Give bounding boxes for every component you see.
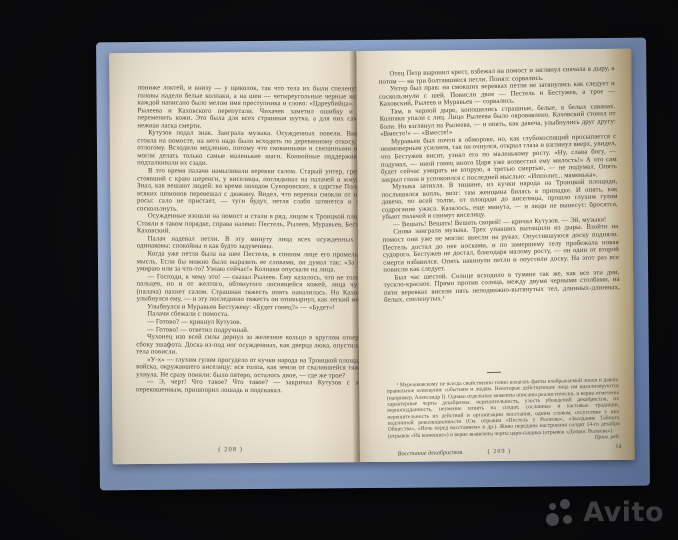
footnote-text: ¹ Мережковскому не всегда свойственно то… bbox=[387, 377, 620, 439]
avito-watermark: Avito bbox=[546, 497, 664, 528]
running-title: Восстание декабристов. bbox=[398, 449, 464, 458]
paragraph: В это время палачи намыливали веревки са… bbox=[137, 167, 375, 214]
paragraph: Муравьев был почти в обмороке, но, как г… bbox=[380, 133, 617, 184]
avito-logo-icon bbox=[546, 499, 576, 527]
page-block: пониже локтей, и внизу — у щиколок, так … bbox=[109, 49, 635, 465]
paragraph: — Господи, к чему это! — сказал Рылеев. … bbox=[136, 273, 374, 304]
paragraph: Музыка затихла. В тишине, из кучки народ… bbox=[381, 178, 618, 221]
paragraph: Был час шестой. Солнце всходило в тумане… bbox=[383, 269, 620, 305]
left-page-text: пониже локтей, и внизу — у щиколок, так … bbox=[136, 84, 376, 395]
paragraph: Чухонец изо всей силы дернул за железное… bbox=[136, 333, 374, 357]
paragraph: Снова заиграла музыка. Трех упавших выта… bbox=[382, 223, 619, 274]
open-book: пониже локтей, и внизу — у щиколок, так … bbox=[96, 38, 650, 491]
signature-number: 14 bbox=[615, 443, 621, 450]
right-page-text: Отец Петр выронил крест, взбежал на помо… bbox=[378, 65, 620, 305]
footnote: ¹ Мережковскому не всегда свойственно то… bbox=[387, 377, 620, 446]
paragraph: Осужденные взошли на помост и стали в ря… bbox=[137, 213, 375, 237]
paragraph: Кутузов подал знак. Заиграла музыка. Осу… bbox=[137, 130, 375, 169]
footnote-separator bbox=[487, 372, 501, 373]
left-page: пониже локтей, и внизу — у щиколок, так … bbox=[109, 51, 360, 464]
right-page-number: ( 209 ) bbox=[488, 448, 512, 456]
right-page-footer: Восстание декабристов. ( 209 ) 14 bbox=[384, 445, 626, 461]
paragraph: Палач надевал петли. В эту минуту лица в… bbox=[137, 235, 375, 251]
paragraph: «У-х» — глухим гулом прогудело от кучки … bbox=[136, 356, 374, 380]
right-page: Отец Петр выронил крест, взбежал на помо… bbox=[356, 49, 635, 462]
paragraph: пониже локтей, и внизу — у щиколок, так … bbox=[137, 84, 375, 131]
avito-watermark-label: Avito bbox=[583, 497, 664, 528]
book-photo: пониже локтей, и внизу — у щиколок, так … bbox=[0, 0, 678, 540]
left-page-number: ( 208 ) bbox=[201, 446, 261, 453]
paragraph: — Э, черт! Что такое? Что такое? — закри… bbox=[136, 379, 374, 395]
paragraph: Когда уже петля была на шее Пестеля, в с… bbox=[137, 250, 375, 274]
